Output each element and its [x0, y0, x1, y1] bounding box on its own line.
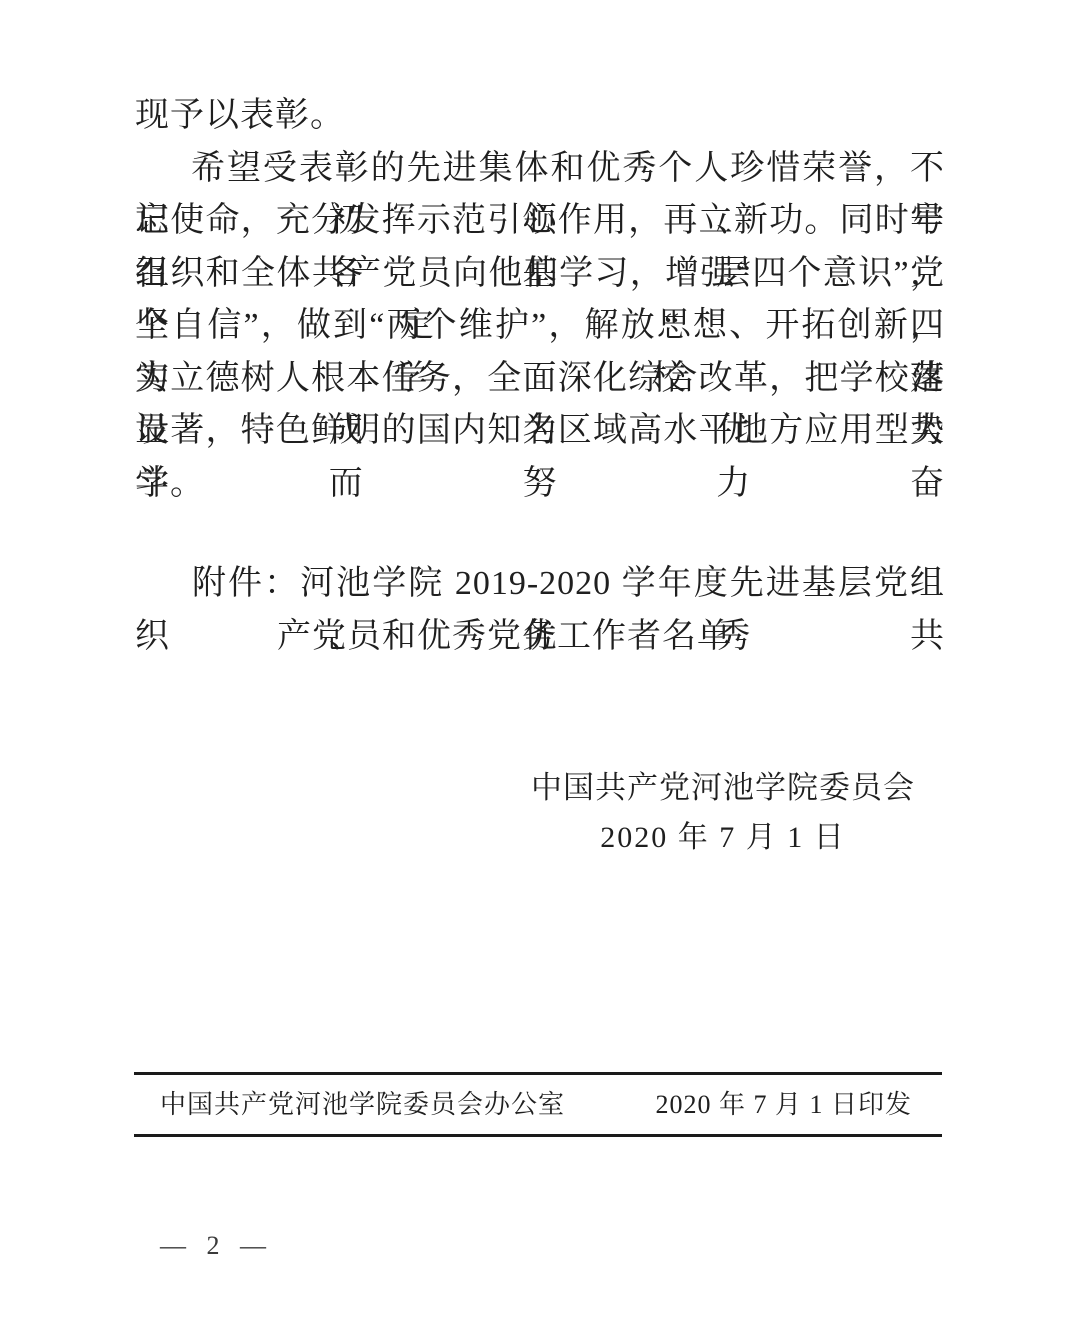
footer-office: 中国共产党河池学院委员会办公室	[160, 1081, 565, 1129]
body-paragraphs: 现予以表彰。 希望受表彰的先进集体和优秀个人珍惜荣誉，不忘初心、牢 记使命，充分…	[135, 90, 945, 510]
page-number: — 2 —	[160, 1231, 273, 1261]
attachment-line: 附件：河池学院 2019-2020 学年度先进基层党组织、优秀共	[135, 558, 945, 611]
document-page: 现予以表彰。 希望受表彰的先进集体和优秀个人珍惜荣誉，不忘初心、牢 记使命，充分…	[0, 0, 1079, 1336]
body-line: 实立德树人根本任务，全面深化综合改革，把学校建设成为优势	[135, 353, 945, 406]
footer-print-date: 2020 年 7 月 1 日印发	[655, 1081, 912, 1129]
signature-date: 2020 年 7 月 1 日	[531, 813, 915, 863]
body-line: 个自信”，做到“两个维护”，解放思想、开拓创新，为学校落	[135, 300, 945, 353]
body-line: 希望受表彰的先进集体和优秀个人珍惜荣誉，不忘初心、牢	[135, 143, 945, 196]
footer-rule-bottom	[134, 1134, 942, 1137]
signature-block: 中国共产党河池学院委员会 2020 年 7 月 1 日	[531, 763, 915, 863]
footer-imprint-row: 中国共产党河池学院委员会办公室 2020 年 7 月 1 日印发	[134, 1081, 942, 1129]
signature-issuer: 中国共产党河池学院委员会	[531, 763, 915, 813]
body-line: 组织和全体共产党员向他们学习，增强“四个意识”，坚定“四	[135, 248, 945, 301]
attachment-block: 附件：河池学院 2019-2020 学年度先进基层党组织、优秀共 产党员和优秀党…	[135, 558, 945, 663]
body-line: 显著，特色鲜明的国内知名区域高水平地方应用型大学而努力奋	[135, 405, 945, 458]
body-line: 现予以表彰。	[135, 90, 945, 143]
body-line: 记使命，充分发挥示范引领作用，再立新功。同时号召各基层党	[135, 195, 945, 248]
footer-rule-top	[134, 1072, 942, 1075]
